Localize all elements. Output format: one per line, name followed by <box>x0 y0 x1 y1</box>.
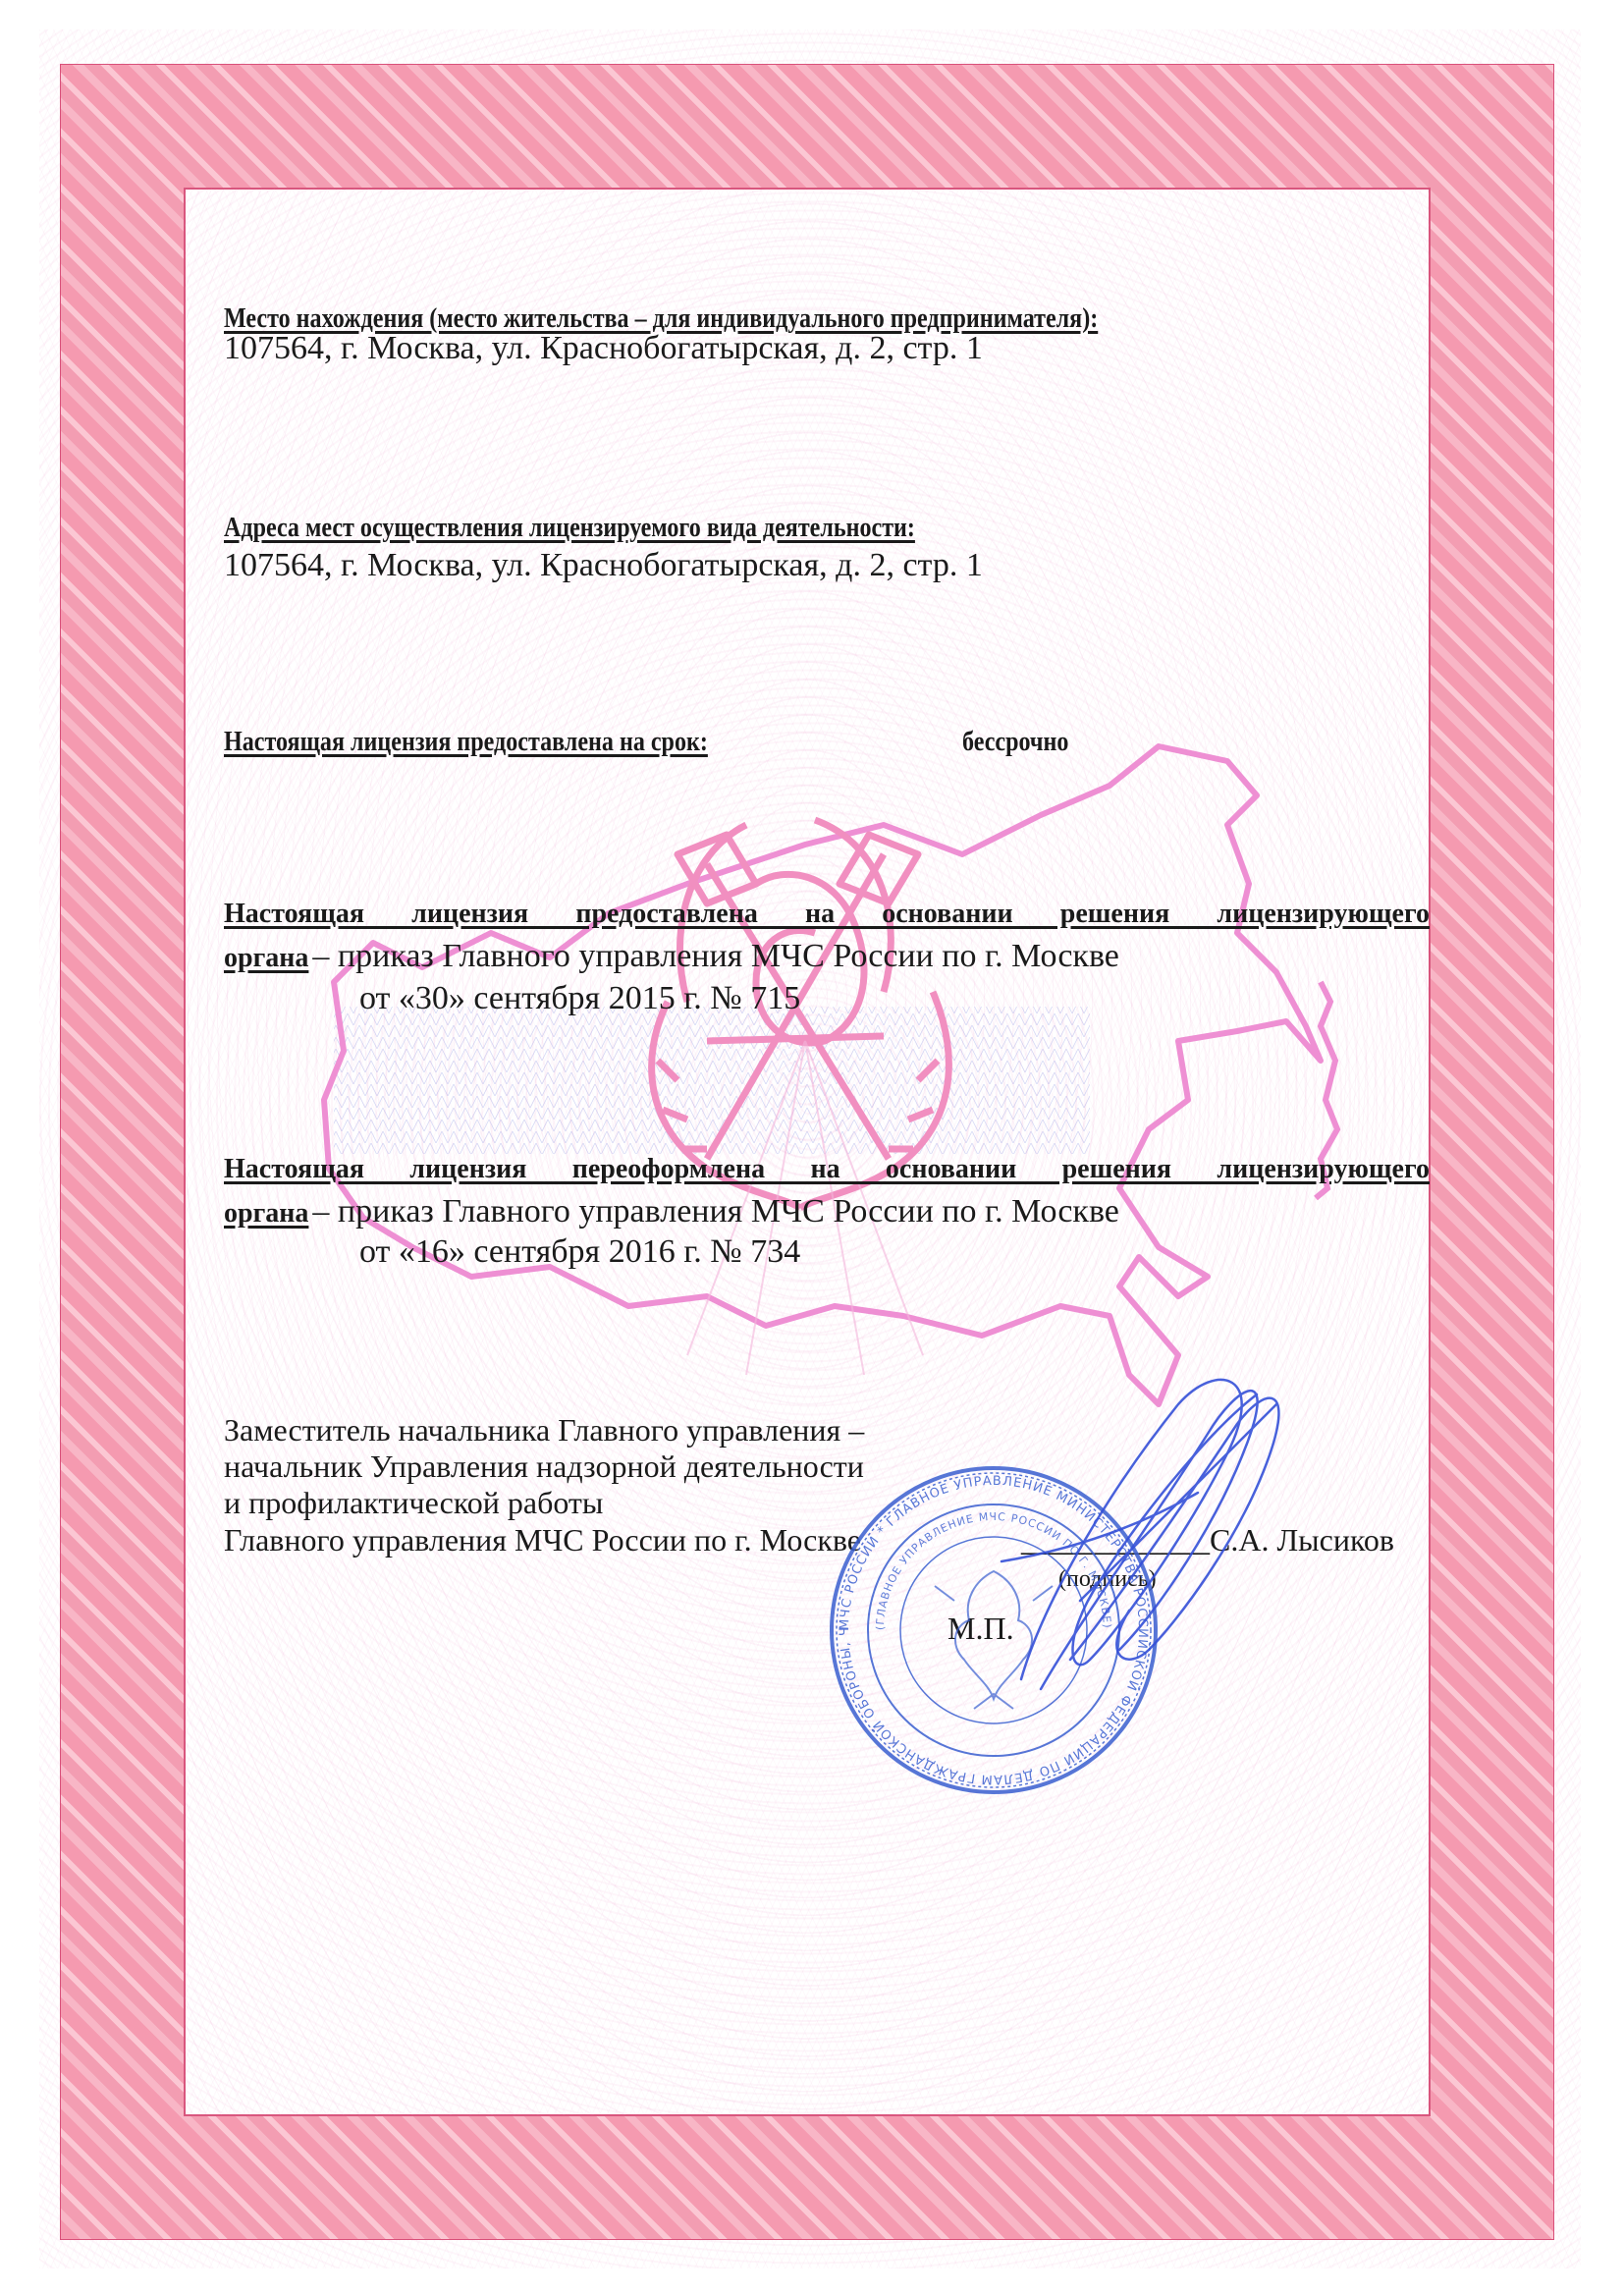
guilloche-field <box>185 189 1430 2115</box>
reissue-order-date: от «16» сентября 2016 г. № 734 <box>359 1233 800 1271</box>
activity-addresses-label: Адреса мест осуществления лицензируемого… <box>224 513 915 544</box>
signatory-position-line-2: начальник Управления надзорной деятельно… <box>224 1449 864 1485</box>
location-value: 107564, г. Москва, ул. Краснобогатырская… <box>224 330 983 367</box>
reissue-basis-label-cont: органа <box>224 1198 308 1229</box>
signature-caption: (подпись) <box>1058 1566 1157 1593</box>
signatory-position-line-1: Заместитель начальника Главного управлен… <box>224 1412 864 1449</box>
activity-address-value: 107564, г. Москва, ул. Краснобогатырская… <box>224 547 983 584</box>
grant-basis-label-cont: органа <box>224 943 308 973</box>
reissue-basis-label: Настоящая лицензия переоформлена на осно… <box>224 1154 1430 1185</box>
grant-order-date: от «30» сентября 2015 г. № 715 <box>359 980 800 1017</box>
term-value: бессрочно <box>962 727 1068 758</box>
grant-basis-line2: органа – приказ Главного управления МЧС … <box>224 938 1119 975</box>
signature-line: ____________ <box>1021 1522 1210 1558</box>
grant-order-text: – приказ Главного управления МЧС России … <box>312 938 1118 974</box>
grant-basis-label: Настоящая лицензия предоставлена на осно… <box>224 899 1430 930</box>
reissue-basis-line2: органа – приказ Главного управления МЧС … <box>224 1193 1119 1230</box>
signatory-position-line-3: и профилактической работы <box>224 1485 603 1521</box>
term-label: Настоящая лицензия предоставлена на срок… <box>224 727 708 758</box>
reissue-order-text: – приказ Главного управления МЧС России … <box>312 1193 1118 1230</box>
signatory-position-line-4: Главного управления МЧС России по г. Мос… <box>224 1522 861 1558</box>
signatory-name: С.А. Лысиков <box>1210 1522 1394 1558</box>
seal-caption: М.П. <box>947 1611 1014 1647</box>
